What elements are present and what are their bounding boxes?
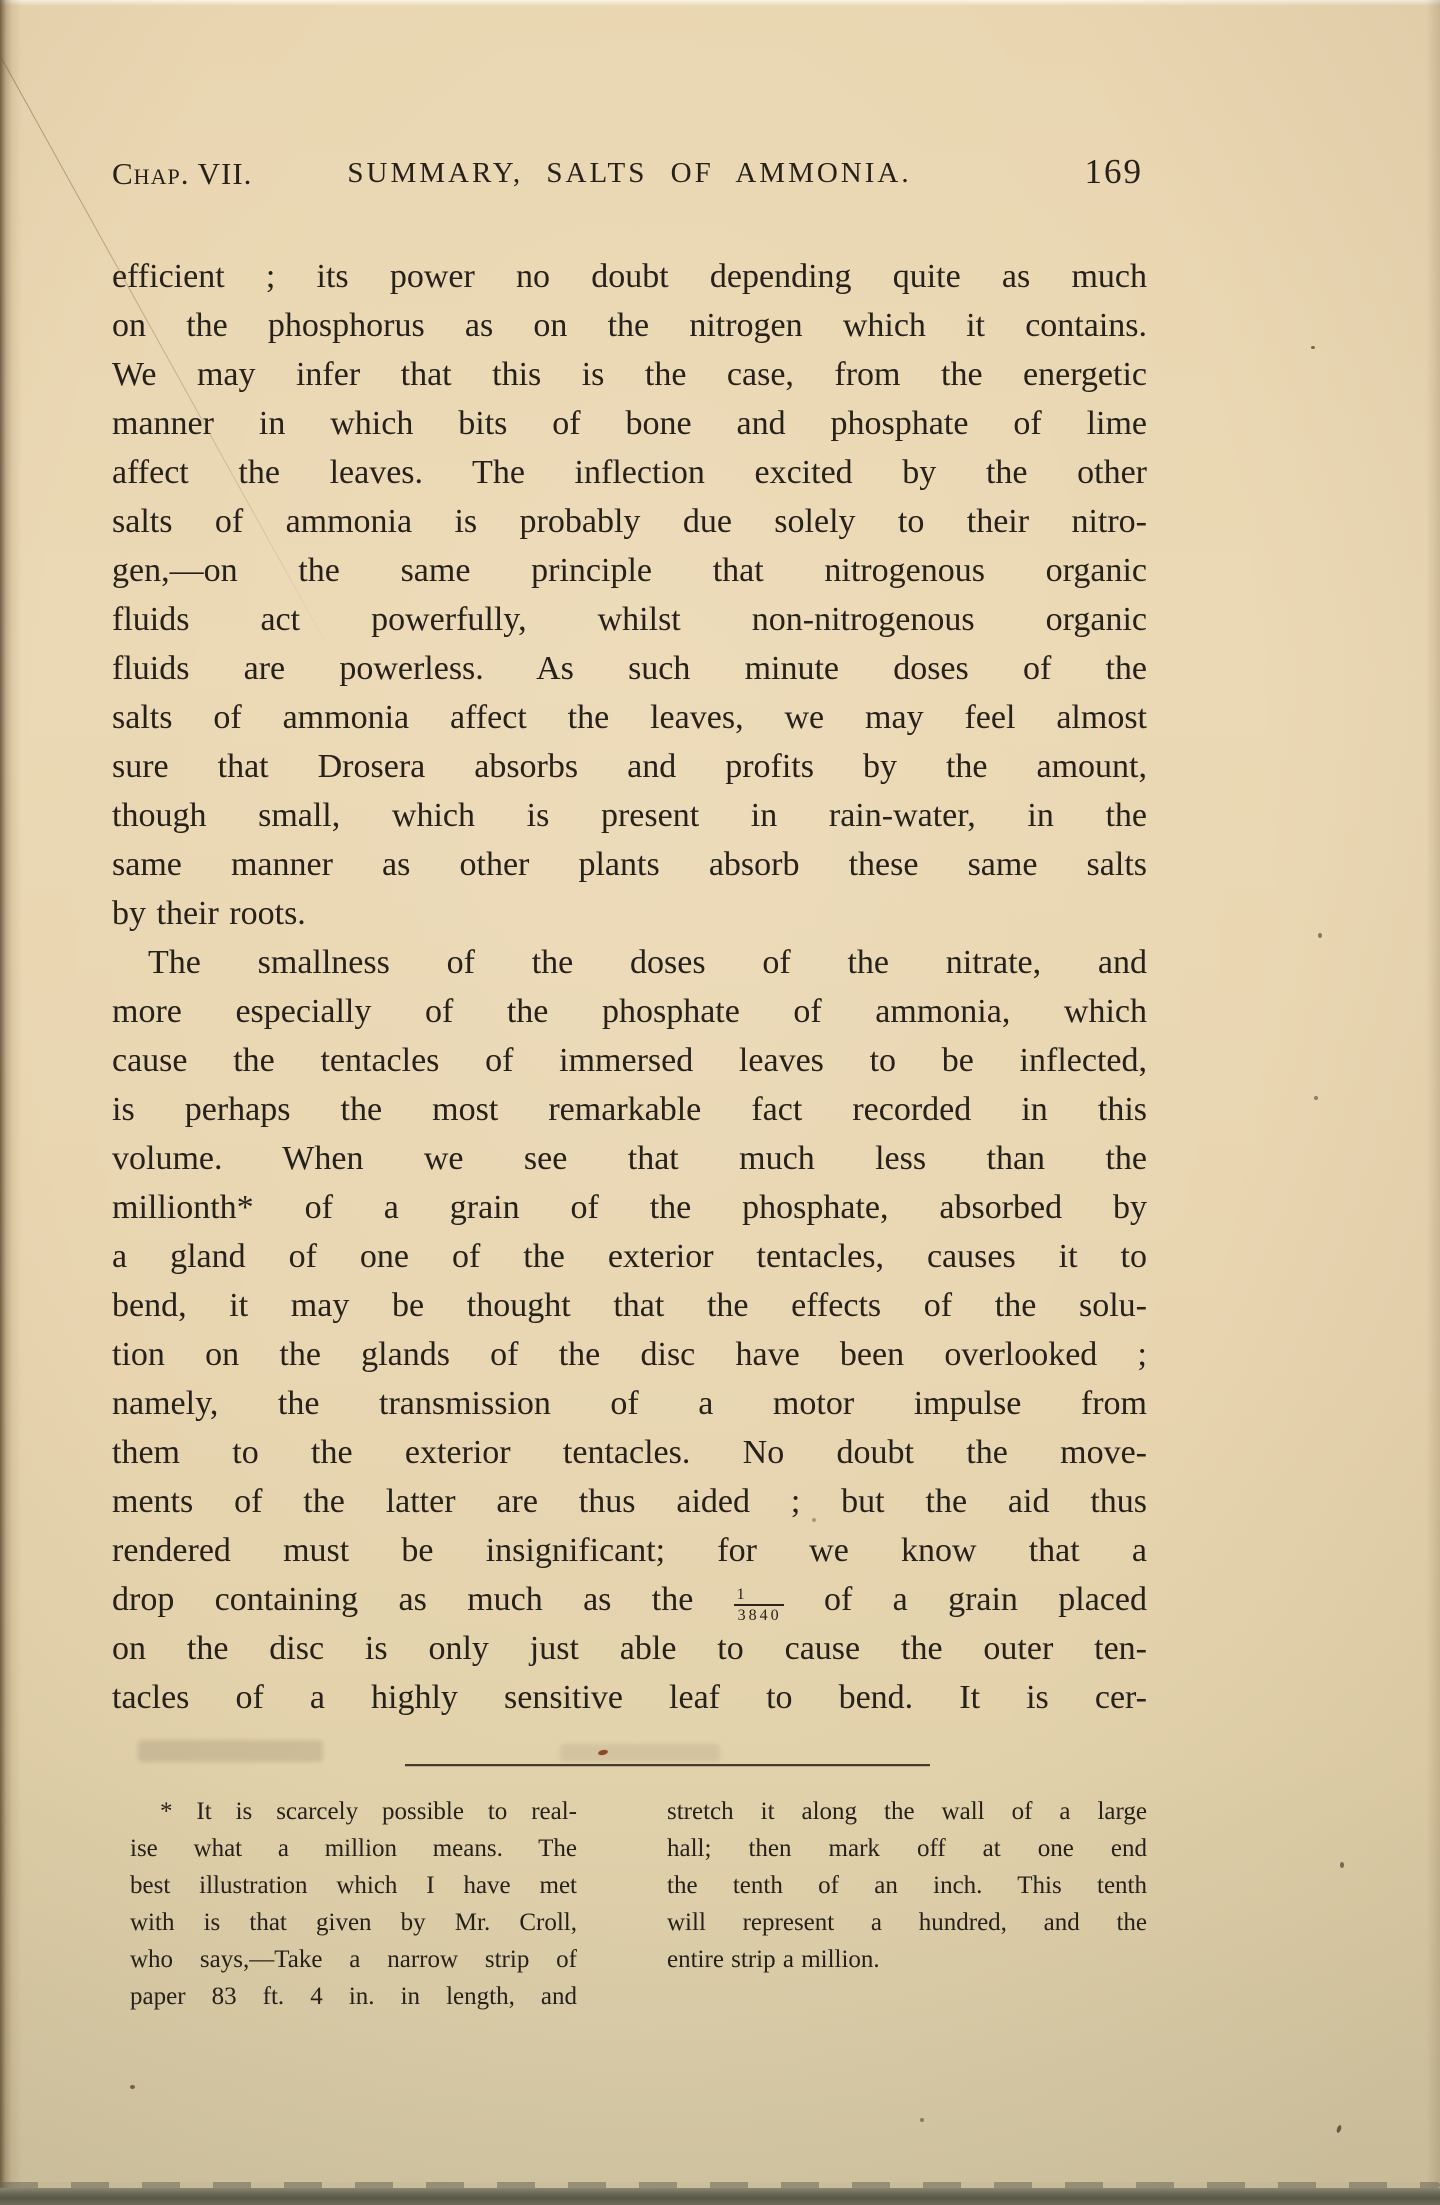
text-line: fluids are powerless. As such minute dos… bbox=[112, 644, 1147, 693]
paper-speck bbox=[130, 2085, 135, 2089]
fraction-denominator: 3840 bbox=[734, 1604, 784, 1624]
paper-speck bbox=[1314, 1096, 1318, 1100]
text-line: salts of ammonia affect the leaves, we m… bbox=[112, 693, 1147, 742]
page-header: Chap. VII. SUMMARY, SALTS OF AMMONIA. 16… bbox=[112, 152, 1147, 194]
text-line: sure that Drosera absorbs and profits by… bbox=[112, 742, 1147, 791]
footnote-line: * It is scarcely possible to real- bbox=[130, 1793, 577, 1830]
paper-speck bbox=[1340, 1862, 1344, 1868]
ink-showthrough bbox=[560, 1744, 720, 1762]
footnote-line: stretch it along the wall of a large bbox=[667, 1793, 1147, 1830]
text-line: volume. When we see that much less than … bbox=[112, 1134, 1147, 1183]
text-line: namely, the transmission of a motor impu… bbox=[112, 1379, 1147, 1428]
paper-speck bbox=[920, 2118, 924, 2122]
footnote-line: hall; then mark off at one end bbox=[667, 1830, 1147, 1867]
text-line: gen,—on the same principle that nitrogen… bbox=[112, 546, 1147, 595]
footnote-line: paper 83 ft. 4 in. in length, and bbox=[130, 1978, 577, 2015]
footnote-line: will represent a hundred, and the bbox=[667, 1904, 1147, 1941]
page-number: 169 bbox=[1085, 152, 1144, 192]
running-title: SUMMARY, SALTS OF AMMONIA. bbox=[112, 157, 1147, 190]
page-bottom-edge bbox=[0, 2188, 1440, 2205]
footnote-line: best illustration which I have met bbox=[130, 1867, 577, 1904]
paragraph-lines: efficient ; its power no doubt depending… bbox=[112, 252, 1147, 1575]
paper-speck bbox=[1336, 2125, 1342, 2134]
text-line: on the disc is only just able to cause t… bbox=[112, 1624, 1147, 1673]
text-line: a gland of one of the exterior tentacles… bbox=[112, 1232, 1147, 1281]
body-text: efficient ; its power no doubt depending… bbox=[112, 252, 1147, 1722]
text-line: rendered must be insignificant; for we k… bbox=[112, 1526, 1147, 1575]
paper-speck bbox=[1318, 933, 1322, 938]
text-line: millionth* of a grain of the phosphate, … bbox=[112, 1183, 1147, 1232]
text-line: them to the exterior tentacles. No doubt… bbox=[112, 1428, 1147, 1477]
footnote-line: ise what a million means. The bbox=[130, 1830, 577, 1867]
text-line: is perhaps the most remarkable fact reco… bbox=[112, 1085, 1147, 1134]
text-line: efficient ; its power no doubt depending… bbox=[112, 252, 1147, 301]
fraction-line-post: of a grain placed bbox=[824, 1581, 1147, 1618]
paragraph-lines: on the disc is only just able to cause t… bbox=[112, 1624, 1147, 1722]
text-line: bend, it may be thought that the effects… bbox=[112, 1281, 1147, 1330]
text-line: fluids act powerfully, whilst non-nitrog… bbox=[112, 595, 1147, 644]
text-line: affect the leaves. The inflection excite… bbox=[112, 448, 1147, 497]
text-line: same manner as other plants absorb these… bbox=[112, 840, 1147, 889]
text-line: tacles of a highly sensitive leaf to ben… bbox=[112, 1673, 1147, 1722]
text-line: more especially of the phosphate of ammo… bbox=[112, 987, 1147, 1036]
text-line: cause the tentacles of immersed leaves t… bbox=[112, 1036, 1147, 1085]
fraction-numerator: 1 bbox=[734, 1587, 784, 1604]
text-line: The smallness of the doses of the nitrat… bbox=[112, 938, 1147, 987]
footnote-line: who says,—Take a narrow strip of bbox=[130, 1941, 577, 1978]
paper-speck bbox=[1311, 346, 1315, 349]
footnote-line: with is that given by Mr. Croll, bbox=[130, 1904, 577, 1941]
text-line: on the phosphorus as on the nitrogen whi… bbox=[112, 301, 1147, 350]
text-line: tion on the glands of the disc have been… bbox=[112, 1330, 1147, 1379]
inline-fraction: 13840 bbox=[734, 1587, 784, 1624]
footnote-line: entire strip a million. bbox=[667, 1941, 1147, 1978]
fraction-line-pre: drop containing as much as the bbox=[112, 1581, 693, 1618]
footnote-line: the tenth of an inch. This tenth bbox=[667, 1867, 1147, 1904]
text-line: We may infer that this is the case, from… bbox=[112, 350, 1147, 399]
ink-showthrough bbox=[138, 1740, 323, 1762]
footnote-left-column: * It is scarcely possible to real-ise wh… bbox=[130, 1793, 577, 2015]
text-line: though small, which is present in rain-w… bbox=[112, 791, 1147, 840]
footnote-separator-rule bbox=[405, 1764, 930, 1766]
text-line: by their roots. bbox=[112, 889, 1147, 938]
footnote-right-column: stretch it along the wall of a largehall… bbox=[667, 1793, 1147, 1978]
paper-speck bbox=[812, 1518, 816, 1522]
text-line: manner in which bits of bone and phospha… bbox=[112, 399, 1147, 448]
text-line: ments of the latter are thus aided ; but… bbox=[112, 1477, 1147, 1526]
text-line-with-fraction: drop containing as much as the 13840 of … bbox=[112, 1575, 1147, 1624]
book-page-scan: Chap. VII. SUMMARY, SALTS OF AMMONIA. 16… bbox=[0, 0, 1440, 2205]
